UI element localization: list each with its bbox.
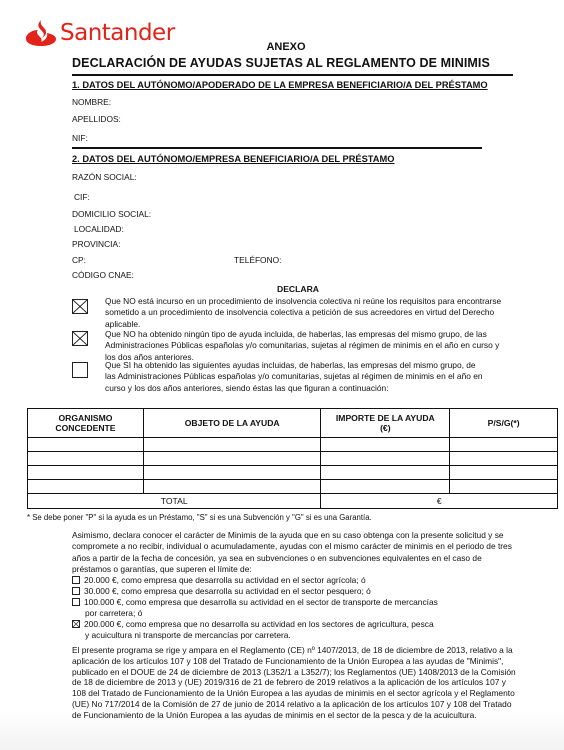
organismo-cell[interactable] (28, 466, 144, 480)
table-header-row: ORGANISMO CONCEDENTE OBJETO DE LA AYUDA … (28, 409, 558, 438)
razon-social-field[interactable]: RAZÓN SOCIAL: (72, 172, 137, 182)
section-divider (72, 147, 482, 149)
nif-field[interactable]: NIF: (72, 133, 88, 143)
telefono-field[interactable]: TELÉFONO: (234, 255, 281, 265)
header-objeto: OBJETO DE LA AYUDA (143, 409, 321, 438)
objeto-cell[interactable] (143, 480, 321, 494)
limit-text-3: 100.000 €, como empresa que desarrolla s… (84, 597, 438, 607)
limit-text-1: 20.000 €, como empresa que desarrolla su… (84, 575, 366, 585)
declara-text-2: Que NO ha obtenido ningún tipo de ayuda … (105, 329, 505, 363)
annex-title: ANEXO (0, 41, 564, 53)
section2-heading: 2. DATOS DEL AUTÓNOMO/EMPRESA BENEFICIAR… (72, 154, 395, 164)
declara-checkbox-3[interactable] (72, 362, 88, 378)
total-value[interactable]: € (321, 494, 558, 509)
declara-heading: DECLARA (0, 284, 564, 294)
limit-text-4: 200.000 €, como empresa que no desarroll… (84, 619, 434, 629)
limit-text-4-cont: y acuicultura ni transporte de mercancía… (72, 630, 434, 641)
objeto-cell[interactable] (143, 466, 321, 480)
header-psg: P/S/G(*) (450, 409, 558, 438)
psg-cell[interactable] (450, 438, 558, 452)
limit-option-4[interactable]: 200.000 €, como empresa que no desarroll… (72, 619, 434, 641)
cross-icon (73, 332, 87, 345)
document-title: DECLARACIÓN DE AYUDAS SUJETAS AL REGLAME… (72, 56, 490, 70)
localidad-field[interactable]: LOCALIDAD: (74, 224, 124, 234)
objeto-cell[interactable] (143, 438, 321, 452)
table-row (28, 480, 558, 494)
legal-paragraph: El presente programa se rige y ampara en… (72, 645, 522, 721)
codigo-cnae-field[interactable]: CÓDIGO CNAE: (72, 270, 134, 280)
limit-option-3[interactable]: 100.000 €, como empresa que desarrolla s… (72, 597, 438, 619)
limit-text-3-cont: por carretera; ó (72, 608, 438, 619)
declara-text-3: Que SI ha obtenido las siguientes ayudas… (105, 360, 485, 394)
apellidos-field[interactable]: APELLIDOS: (72, 114, 121, 124)
asimismo-paragraph: Asimismo, declara conocer el carácter de… (72, 530, 512, 575)
declara-text-1: Que NO está incurso en un procedimiento … (105, 296, 505, 330)
limit-checkbox-2[interactable] (72, 587, 80, 595)
declara-checkbox-1[interactable] (72, 299, 88, 314)
psg-cell[interactable] (450, 452, 558, 466)
limit-option-2[interactable]: 30.000 €, como empresa que desarrolla su… (72, 586, 371, 597)
limit-text-2: 30.000 €, como empresa que desarrolla su… (84, 586, 371, 596)
organismo-cell[interactable] (28, 452, 144, 466)
table-row (28, 438, 558, 452)
psg-cell[interactable] (450, 466, 558, 480)
domicilio-social-field[interactable]: DOMICILIO SOCIAL: (72, 209, 151, 219)
header-organismo: ORGANISMO CONCEDENTE (28, 409, 144, 438)
limit-checkbox-3[interactable] (72, 598, 80, 606)
table-total-row: TOTAL € (28, 494, 558, 509)
organismo-cell[interactable] (28, 438, 144, 452)
importe-cell[interactable] (321, 438, 450, 452)
importe-cell[interactable] (321, 452, 450, 466)
header-importe: IMPORTE DE LA AYUDA (€) (321, 409, 450, 438)
objeto-cell[interactable] (143, 452, 321, 466)
limit-checkbox-1[interactable] (72, 576, 80, 584)
psg-footnote: * Se debe poner "P" si la ayuda es un Pr… (27, 513, 372, 522)
title-divider (72, 74, 513, 76)
psg-cell[interactable] (450, 480, 558, 494)
nombre-field[interactable]: NOMBRE: (72, 97, 111, 107)
organismo-cell[interactable] (28, 480, 144, 494)
limit-checkbox-4[interactable] (72, 620, 80, 628)
provincia-field[interactable]: PROVINCIA: (72, 239, 120, 249)
table-row (28, 466, 558, 480)
cross-icon (73, 300, 87, 313)
aid-table: ORGANISMO CONCEDENTE OBJETO DE LA AYUDA … (27, 408, 558, 509)
cp-field[interactable]: CP: (72, 255, 86, 265)
limit-option-1[interactable]: 20.000 €, como empresa que desarrolla su… (72, 575, 366, 586)
cif-field[interactable]: CIF: (74, 192, 90, 202)
total-label: TOTAL (28, 494, 321, 509)
importe-cell[interactable] (321, 480, 450, 494)
cross-icon (73, 621, 79, 627)
section1-heading: 1. DATOS DEL AUTÓNOMO/APODERADO DE LA EM… (72, 80, 488, 90)
table-row (28, 452, 558, 466)
importe-cell[interactable] (321, 466, 450, 480)
declara-checkbox-2[interactable] (72, 331, 88, 346)
